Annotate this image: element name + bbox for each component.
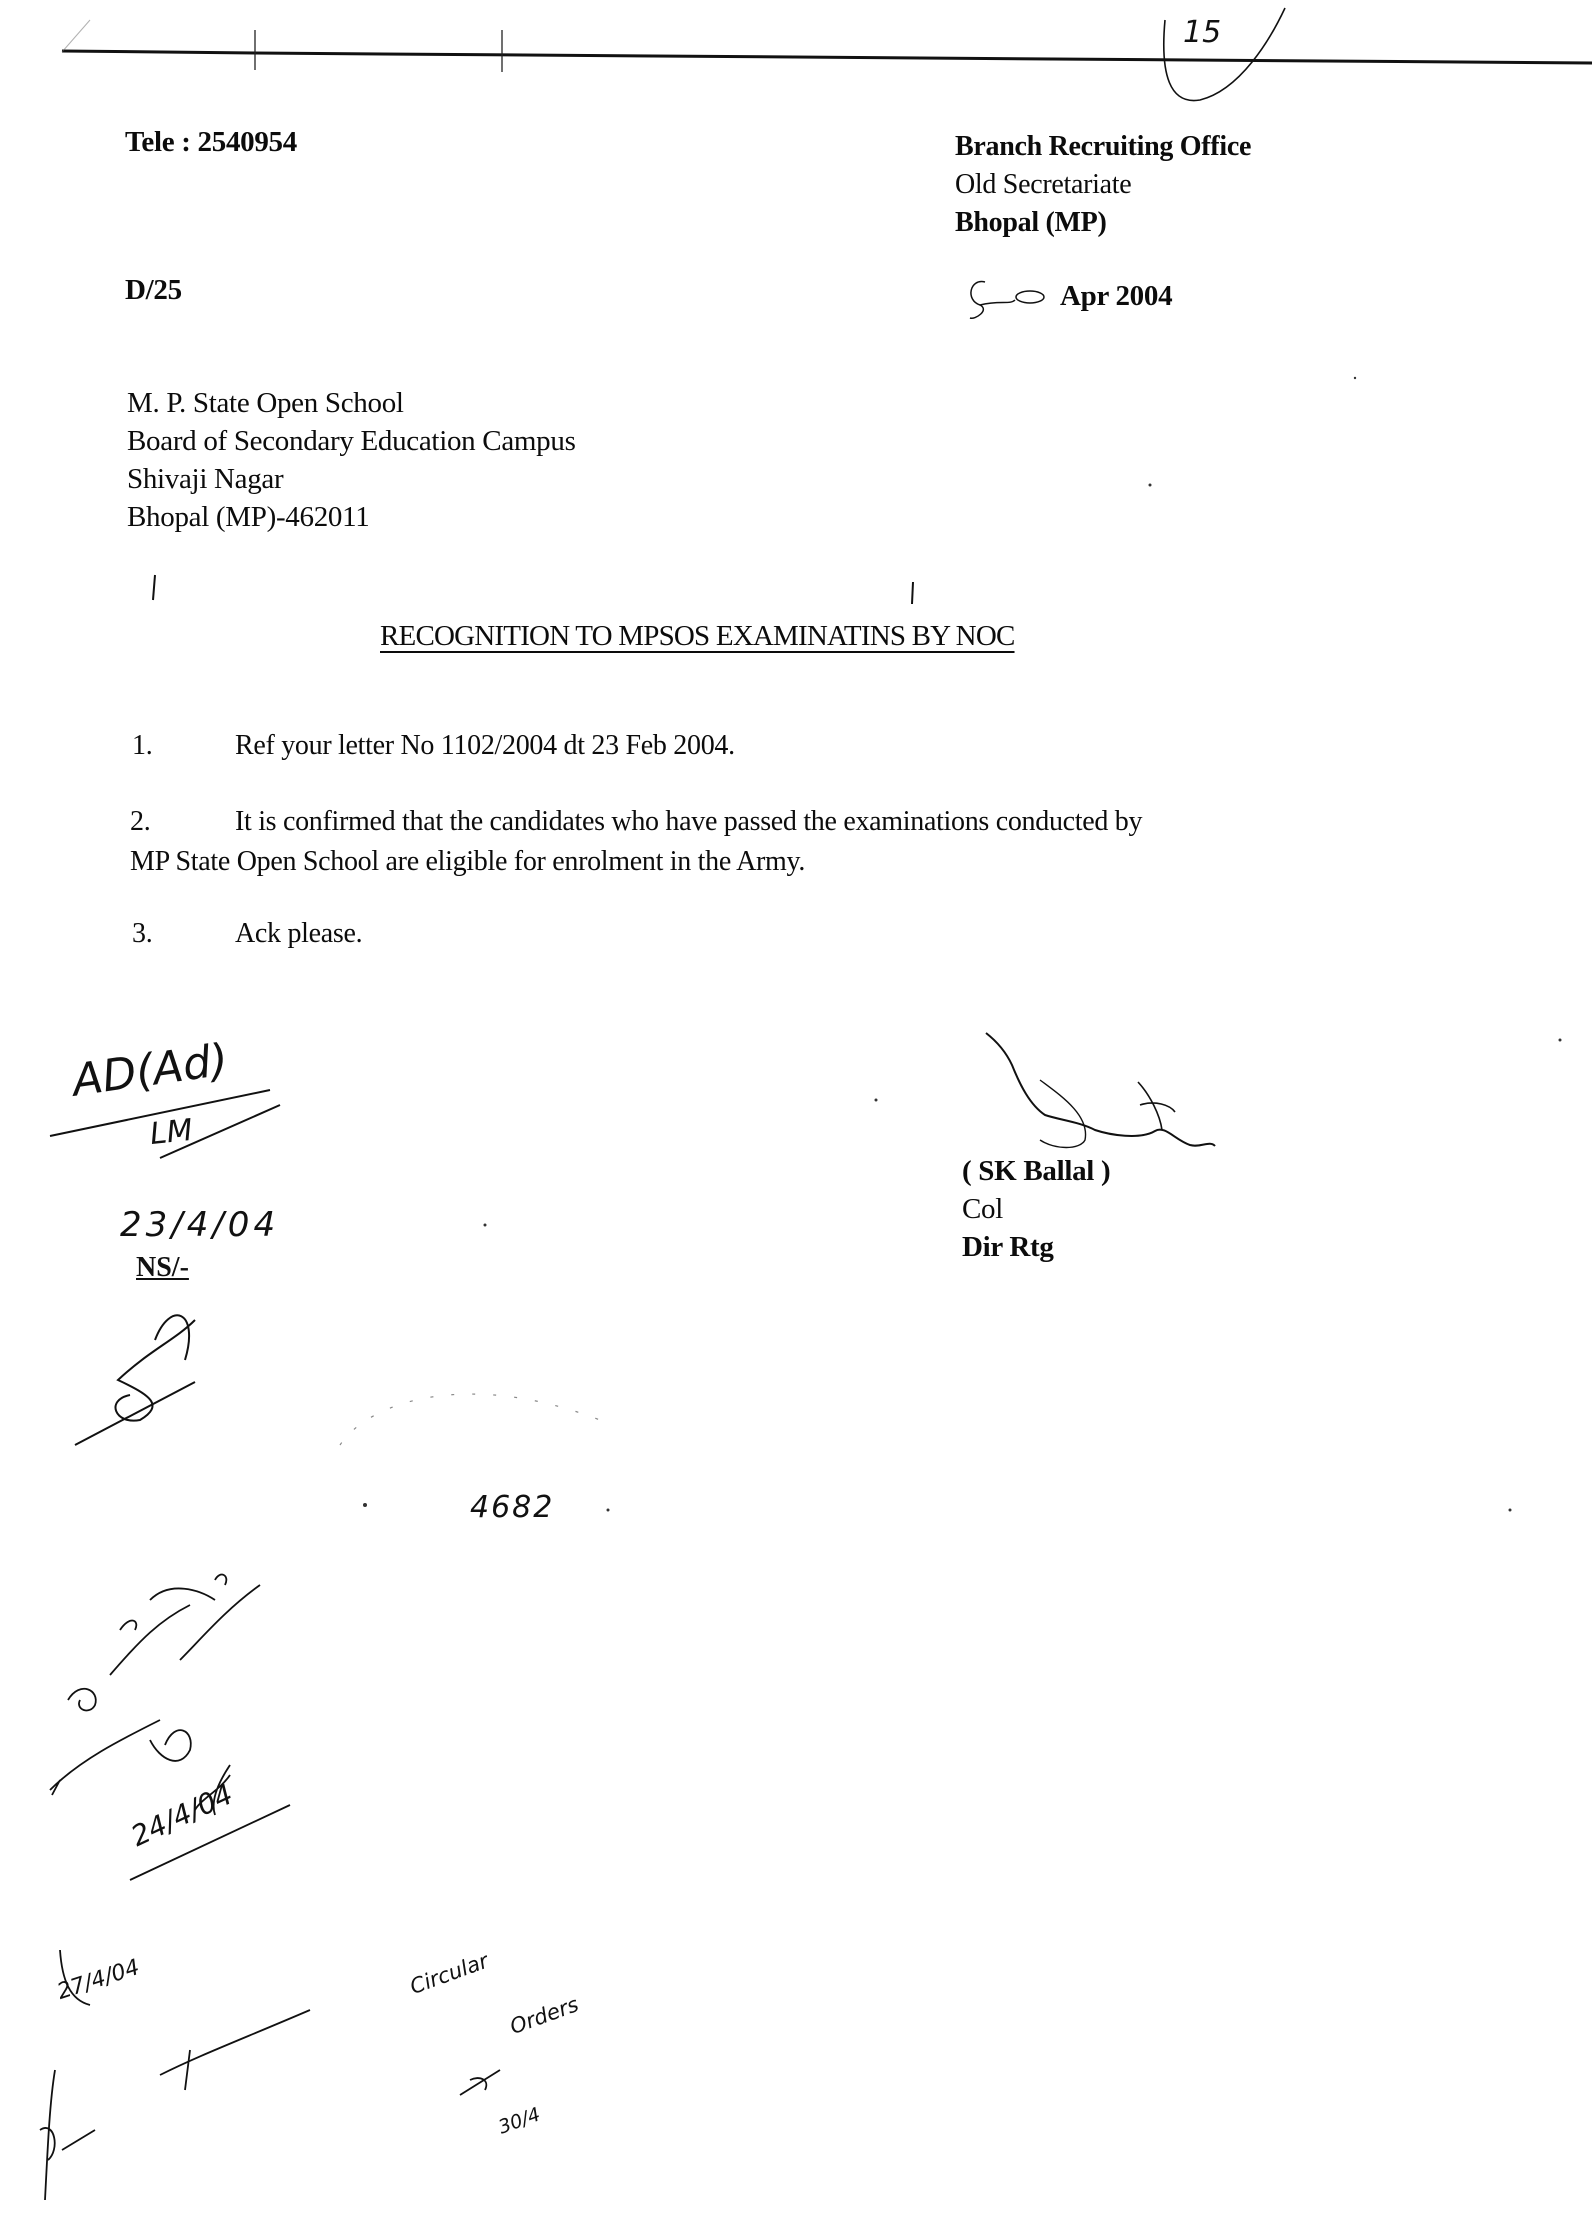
top-rule-line <box>62 51 1592 63</box>
sender-office-address: Branch Recruiting Office Old Secretariat… <box>955 128 1251 242</box>
office-line: Bhopal (MP) <box>955 204 1251 242</box>
recipient-address: M. P. State Open School Board of Seconda… <box>127 384 576 536</box>
paragraph-number: 3. <box>132 918 152 950</box>
paragraph-text: Ref your letter No 1102/2004 dt 23 Feb 2… <box>235 730 735 762</box>
signature-sk-ballal <box>986 1033 1215 1148</box>
reference-number: D/25 <box>125 274 182 307</box>
ns-stamp: NS/- <box>136 1252 189 1284</box>
scan-marks-overlay <box>0 0 1592 2229</box>
paragraph-number: 1. <box>132 730 152 762</box>
paragraph-text: MP State Open School are eligible for en… <box>130 846 805 878</box>
handwritten-hindi-notes <box>40 1575 500 2200</box>
handwritten-date: 23/4/04 <box>120 1205 279 1245</box>
signatory-name: ( SK Ballal ) <box>962 1152 1110 1190</box>
inward-number: 4682 <box>470 1490 554 1525</box>
recipient-line: Bhopal (MP)-462011 <box>127 498 576 536</box>
paragraph-text: Ack please. <box>235 918 362 950</box>
signatory-designation: Dir Rtg <box>962 1228 1110 1266</box>
subject-heading: RECOGNITION TO MPSOS EXAMINATINS BY NOC <box>380 620 1015 653</box>
signatory-rank: Col <box>962 1190 1110 1228</box>
marking-sub-annotation: LM <box>148 1113 194 1152</box>
page-number-circle <box>1164 8 1285 101</box>
telephone-number: Tele : 2540954 <box>125 126 297 159</box>
recipient-line: M. P. State Open School <box>127 384 576 422</box>
page-number-annotation: 15 <box>1183 15 1221 50</box>
signature-block: ( SK Ballal ) Col Dir Rtg <box>962 1152 1110 1266</box>
office-line: Branch Recruiting Office <box>955 128 1251 166</box>
paragraph-text: It is confirmed that the candidates who … <box>235 806 1142 838</box>
recipient-line: Board of Secondary Education Campus <box>127 422 576 460</box>
office-line: Old Secretariate <box>955 166 1251 204</box>
paragraph-number: 2. <box>130 806 150 838</box>
initial-scribble <box>116 1315 195 1420</box>
recipient-line: Shivaji Nagar <box>127 460 576 498</box>
letter-date: Apr 2004 <box>1060 280 1172 313</box>
